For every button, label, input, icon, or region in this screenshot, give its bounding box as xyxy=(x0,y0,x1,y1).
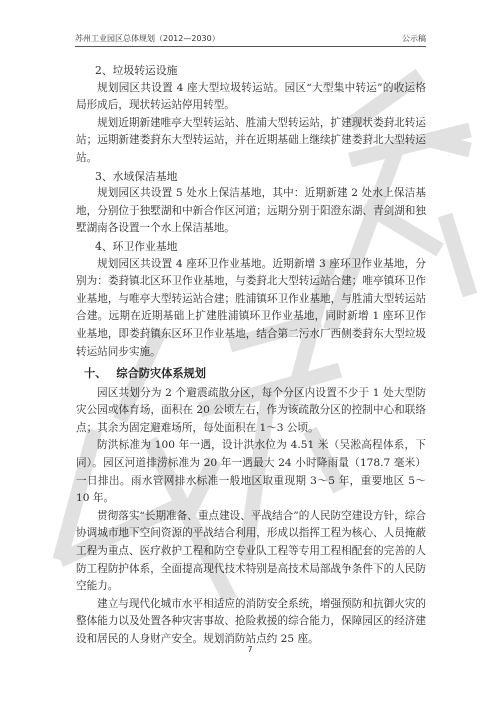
document-page: 苏州工业园区总体规划（2012—2030） 公示稿 2、垃圾转运设施 规划园区共… xyxy=(0,0,500,707)
paragraph: 规划园区共设置 4 座环卫作业基地。近期新增 3 座环卫作业基地，分别为：娄葑镇… xyxy=(76,256,426,362)
paragraph: 规划近期新建唯亭大型转运站、胜浦大型转运站，扩建现状娄葑北转运站；远期新建娄葑东… xyxy=(76,115,426,168)
chapter-number: 十、 xyxy=(84,367,106,380)
paragraph: 规划园区共设置 4 座大型垃圾转运站。园区“大型集中转运”的收运格局形成后，现状… xyxy=(76,80,426,115)
section-water-cleaning: 3、水域保洁基地 规划园区共设置 5 处水上保洁基地，其中：近期新建 2 处水上… xyxy=(76,168,426,238)
section-heading: 2、垃圾转运设施 xyxy=(76,62,426,80)
document-body: 2、垃圾转运设施 规划园区共设置 4 座大型垃圾转运站。园区“大型集中转运”的收… xyxy=(76,62,426,649)
chapter-disaster-prevention: 十、综合防灾体系规划 园区共划分为 2 个避震疏散分区，每个分区内设置不少于 1… xyxy=(76,365,426,649)
chapter-heading: 十、综合防灾体系规划 xyxy=(76,365,426,383)
page-header: 苏州工业园区总体规划（2012—2030） 公示稿 xyxy=(75,33,426,47)
chapter-title: 综合防灾体系规划 xyxy=(116,367,206,380)
section-heading: 4、环卫作业基地 xyxy=(76,238,426,256)
paragraph: 规划园区共设置 5 处水上保洁基地，其中：近期新建 2 处水上保洁基地，分别位于… xyxy=(76,185,426,238)
section-garbage-transfer: 2、垃圾转运设施 规划园区共设置 4 座大型垃圾转运站。园区“大型集中转运”的收… xyxy=(76,62,426,168)
paragraph: 贯彻落实“长期准备、重点建设、平战结合”的人民防空建设方针，综合协调城市地下空间… xyxy=(76,508,426,596)
document-status: 公示稿 xyxy=(402,33,426,44)
section-heading: 3、水域保洁基地 xyxy=(76,168,426,186)
paragraph: 防洪标准为 100 年一遇，设计洪水位为 4.51 米（吴淞高程体系，下同）。园… xyxy=(76,437,426,507)
paragraph: 建立与现代化城市水平相适应的消防安全系统，增强预防和抗御火灾的整体能力以及处置各… xyxy=(76,596,426,649)
page-number: 7 xyxy=(0,645,500,654)
section-sanitation-base: 4、环卫作业基地 规划园区共设置 4 座环卫作业基地。近期新增 3 座环卫作业基… xyxy=(76,238,426,361)
paragraph: 园区共划分为 2 个避震疏散分区，每个分区内设置不少于 1 处大型防灾公园或体育… xyxy=(76,385,426,438)
document-title: 苏州工业园区总体规划（2012—2030） xyxy=(75,33,220,44)
